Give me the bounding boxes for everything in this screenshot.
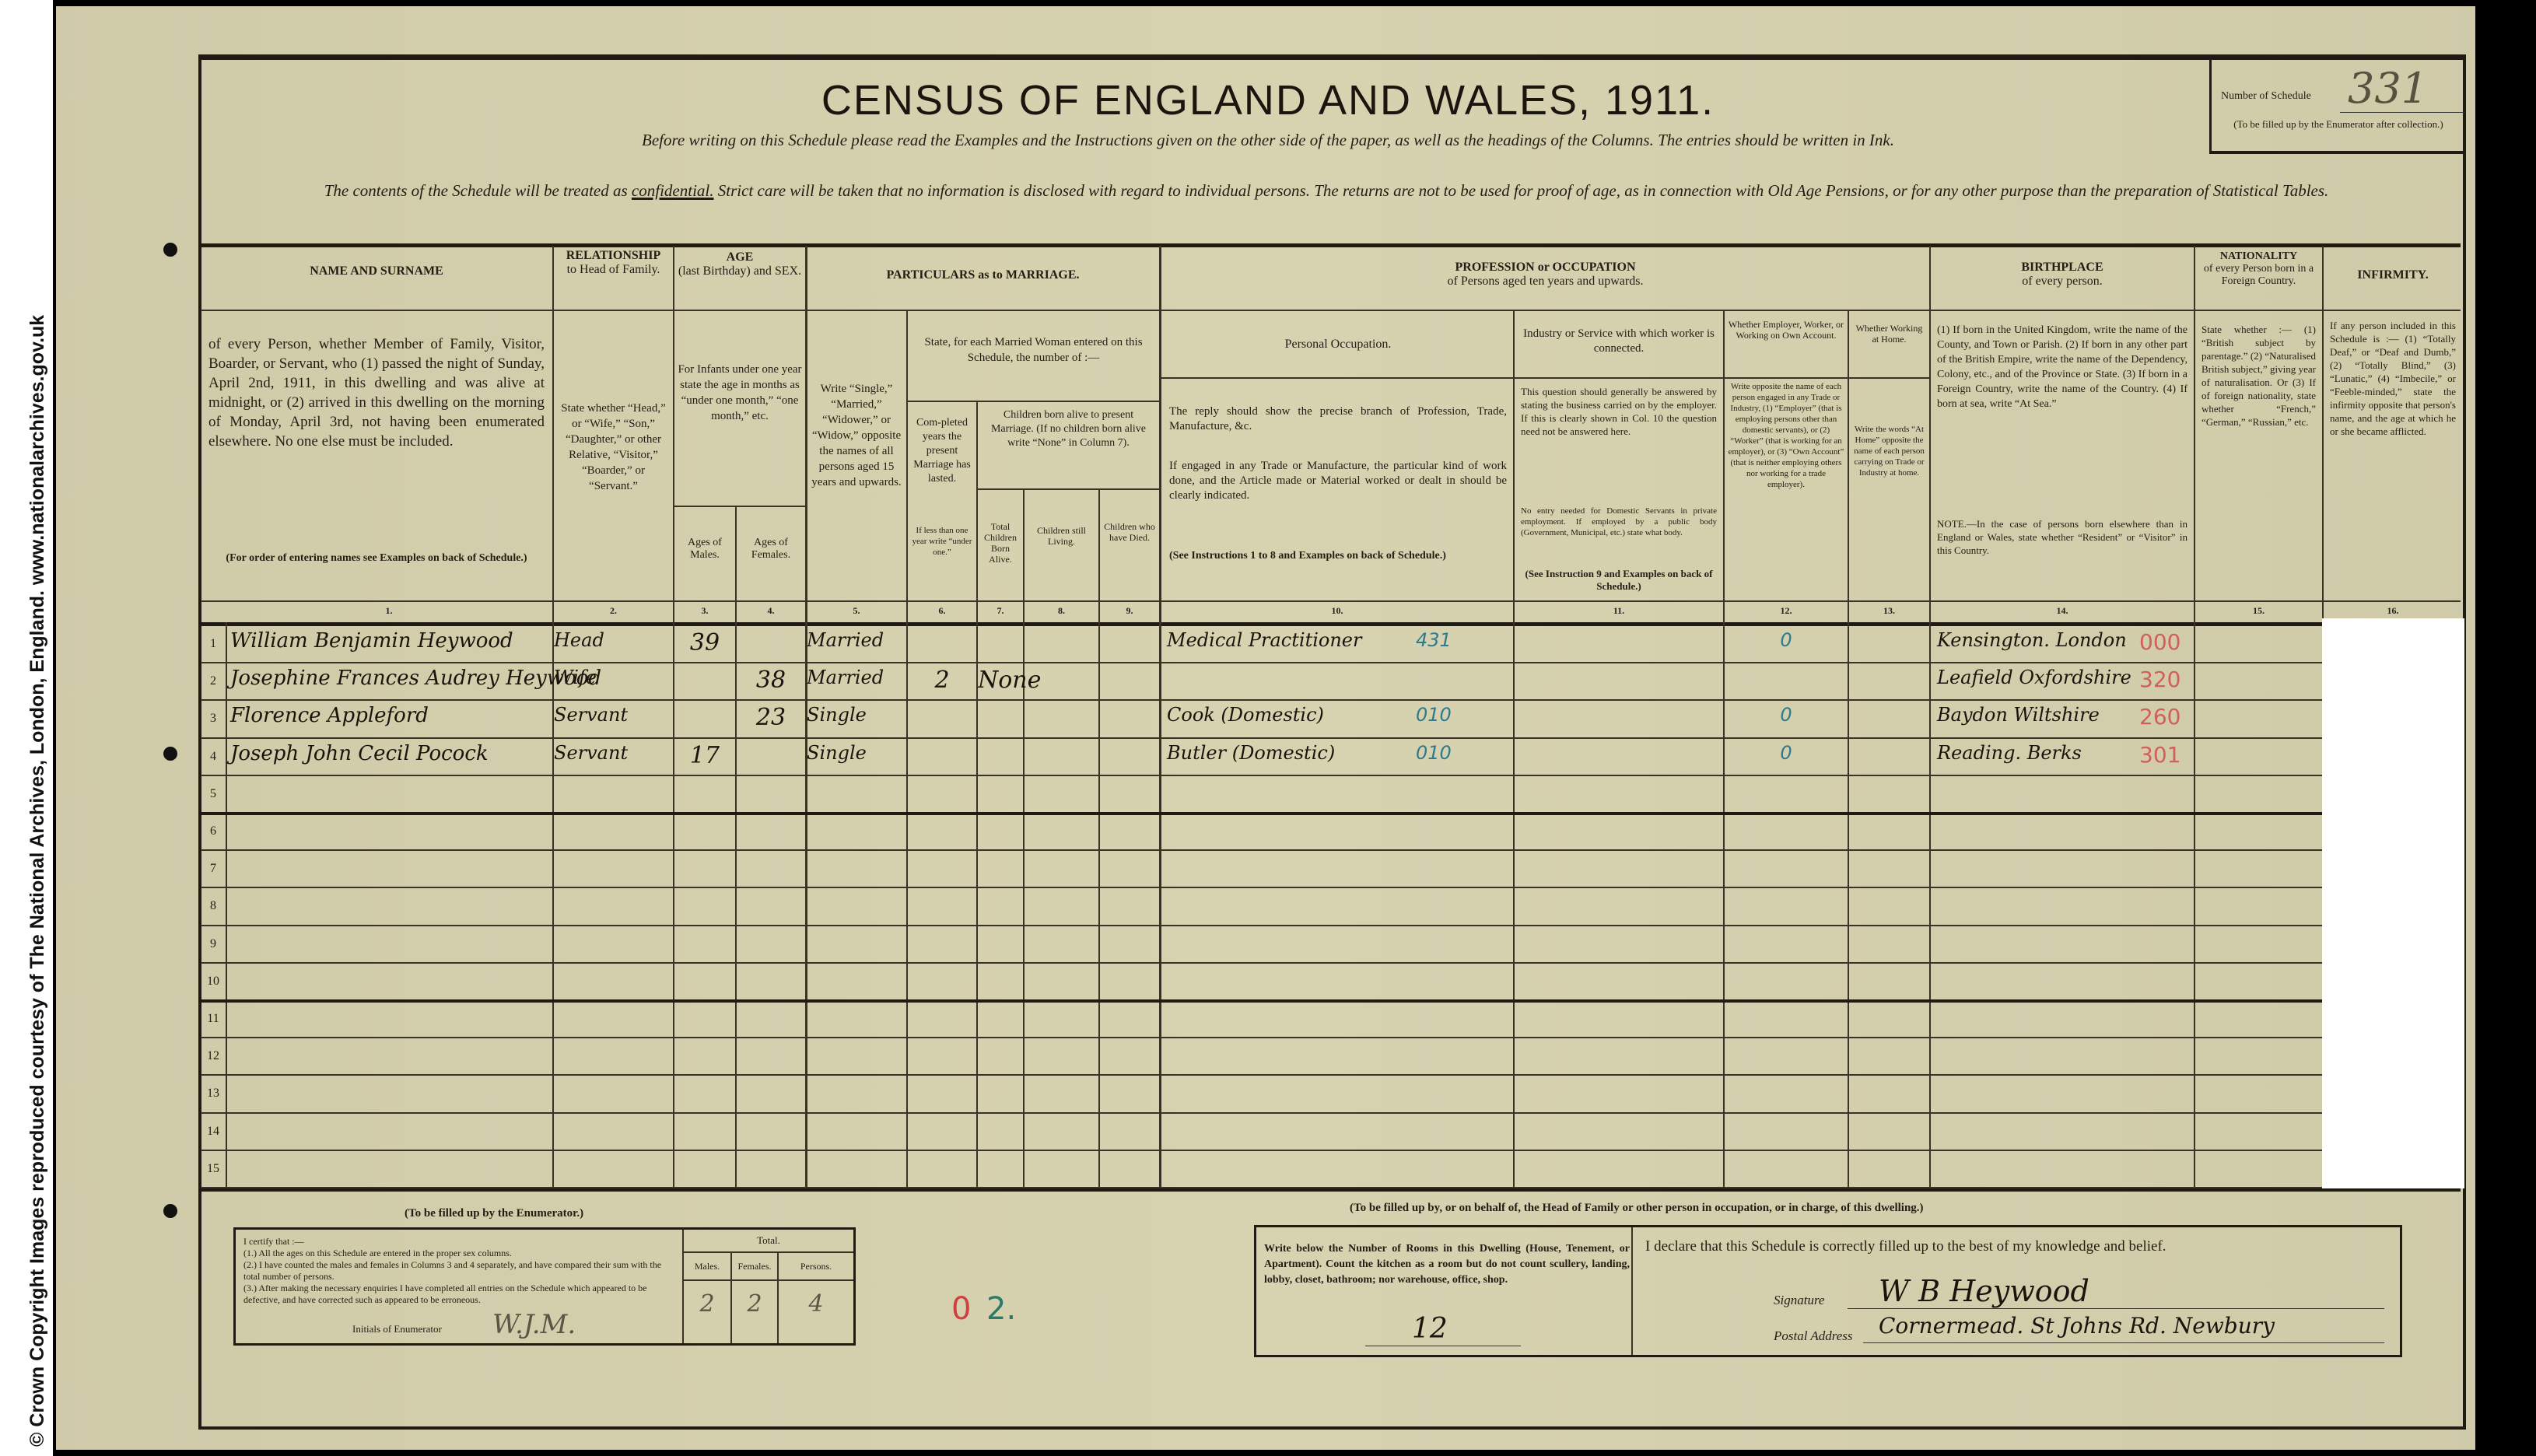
marital-status-cell[interactable]	[807, 1079, 906, 1111]
industry-cell[interactable]	[1515, 742, 1723, 775]
working-at-home-cell[interactable]	[1849, 817, 1929, 849]
years-married-cell[interactable]	[908, 817, 976, 849]
children-living-label: Children still Living.	[1025, 525, 1098, 547]
relationship-cell[interactable]	[554, 1117, 673, 1150]
age-males-cell[interactable]	[674, 929, 735, 962]
children-died-cell[interactable]	[1100, 817, 1159, 849]
nationality-cell[interactable]	[2195, 929, 2322, 962]
children-died-cell[interactable]	[1100, 1079, 1159, 1111]
working-at-home-cell[interactable]	[1849, 629, 1929, 662]
employer-status-cell[interactable]	[1725, 1117, 1848, 1150]
working-at-home-instructions: Write the words “At Home” opposite the n…	[1849, 424, 1929, 478]
signature-label: Signature	[1774, 1293, 1824, 1308]
relationship-cell[interactable]	[554, 854, 673, 887]
occupation-code[interactable]	[1416, 1004, 1509, 1037]
age-females-cell[interactable]	[737, 929, 805, 962]
age-males-cell[interactable]	[674, 1004, 735, 1037]
working-at-home-cell[interactable]	[1849, 1117, 1929, 1150]
row-rule	[201, 662, 2461, 663]
schedule-number-label: Number of Schedule	[2221, 90, 2311, 103]
occupation-cell[interactable]	[1167, 667, 1431, 699]
age-females-cell[interactable]: 23	[737, 704, 805, 737]
occupation-code[interactable]: 431	[1416, 629, 1509, 662]
children-born-cell[interactable]	[978, 967, 1023, 999]
ages-of-females-label: Ages of Females.	[737, 537, 805, 562]
marital-status-cell[interactable]	[807, 1154, 906, 1187]
children-living-cell[interactable]	[1025, 779, 1098, 812]
children-born-cell[interactable]	[978, 1154, 1023, 1187]
children-born-cell[interactable]	[978, 817, 1023, 849]
occupation-code[interactable]	[1416, 817, 1509, 849]
years-married-cell[interactable]	[908, 704, 976, 737]
industry-cell[interactable]	[1515, 1041, 1723, 1074]
working-at-home-cell[interactable]	[1849, 667, 1929, 699]
marital-status-cell[interactable]	[807, 1117, 906, 1150]
nationality-cell[interactable]	[2195, 1154, 2322, 1187]
occupation-code[interactable]	[1416, 1079, 1509, 1111]
employer-status-cell[interactable]	[1725, 667, 1848, 699]
occupation-cell[interactable]: Butler (Domestic)	[1167, 742, 1431, 775]
marital-status-cell[interactable]	[807, 1041, 906, 1074]
age-females-cell[interactable]	[737, 742, 805, 775]
name-cell[interactable]	[230, 891, 552, 924]
occupation-cell[interactable]	[1167, 1041, 1431, 1074]
employer-status-cell[interactable]: 0	[1725, 704, 1848, 737]
employer-status-cell[interactable]	[1725, 891, 1848, 924]
industry-cell[interactable]	[1515, 854, 1723, 887]
marital-status-cell[interactable]	[807, 1004, 906, 1037]
relationship-cell[interactable]	[554, 779, 673, 812]
occupation-code[interactable]	[1416, 929, 1509, 962]
children-died-cell[interactable]	[1100, 854, 1159, 887]
relationship-cell[interactable]	[554, 817, 673, 849]
industry-cell[interactable]	[1515, 817, 1723, 849]
marital-status-cell[interactable]	[807, 854, 906, 887]
children-living-cell[interactable]	[1025, 929, 1098, 962]
name-cell[interactable]: Joseph John Cecil Pocock	[230, 742, 552, 775]
column-number: 6.	[908, 605, 976, 617]
working-at-home-cell[interactable]	[1849, 1079, 1929, 1111]
relationship-cell[interactable]	[554, 1004, 673, 1037]
schedule-number-value[interactable]: 331	[2340, 65, 2464, 113]
children-died-cell[interactable]	[1100, 1117, 1159, 1150]
employer-status-cell[interactable]	[1725, 1079, 1848, 1111]
nationality-cell[interactable]	[2195, 742, 2322, 775]
row-rule	[201, 1112, 2461, 1114]
age-females-cell[interactable]	[737, 1117, 805, 1150]
personal-occupation-inst1: The reply should show the precise branch…	[1163, 404, 1513, 434]
age-males-cell[interactable]	[674, 967, 735, 999]
industry-cell[interactable]	[1515, 667, 1723, 699]
name-cell[interactable]	[230, 1041, 552, 1074]
children-living-cell[interactable]	[1025, 629, 1098, 662]
years-married-cell[interactable]	[908, 891, 976, 924]
employer-status-cell[interactable]	[1725, 1041, 1848, 1074]
age-females-cell[interactable]	[737, 1079, 805, 1111]
children-born-cell[interactable]	[978, 1079, 1023, 1111]
children-born-cell[interactable]	[978, 854, 1023, 887]
nationality-cell[interactable]	[2195, 817, 2322, 849]
occupation-cell[interactable]	[1167, 1079, 1431, 1111]
age-males-cell[interactable]: 39	[674, 629, 735, 662]
nationality-cell[interactable]	[2195, 891, 2322, 924]
children-born-cell[interactable]	[978, 742, 1023, 775]
years-married-cell[interactable]	[908, 1041, 976, 1074]
rooms-count[interactable]: 12	[1412, 1313, 1448, 1345]
children-born-cell[interactable]	[978, 1041, 1023, 1074]
children-divider	[976, 488, 1159, 490]
working-at-home-cell[interactable]	[1849, 967, 1929, 999]
relationship-cell[interactable]	[554, 1041, 673, 1074]
children-living-cell[interactable]	[1025, 817, 1098, 849]
name-note: (For order of entering names see Example…	[202, 552, 551, 565]
age-females-cell[interactable]	[737, 891, 805, 924]
children-living-cell[interactable]	[1025, 967, 1098, 999]
years-married-cell[interactable]	[908, 1079, 976, 1111]
name-cell[interactable]: William Benjamin Heywood	[230, 629, 552, 662]
occupation-code[interactable]	[1416, 1117, 1509, 1150]
children-living-cell[interactable]	[1025, 1041, 1098, 1074]
children-born-cell[interactable]	[978, 929, 1023, 962]
nationality-cell[interactable]	[2195, 1004, 2322, 1037]
nationality-instructions: State whether :— (1) “British subject by…	[2195, 323, 2322, 429]
children-living-cell[interactable]	[1025, 704, 1098, 737]
schedule-number-note: (To be filled up by the Enumerator after…	[2216, 118, 2461, 131]
age-males-cell[interactable]	[674, 817, 735, 849]
birthplace-cell[interactable]	[1937, 854, 2139, 887]
occupation-code[interactable]: 010	[1416, 704, 1509, 737]
age-females-cell[interactable]	[737, 1154, 805, 1187]
children-born-cell[interactable]	[978, 629, 1023, 662]
marital-status-cell[interactable]	[807, 929, 906, 962]
birthplace-cell[interactable]: Leafield Oxfordshire	[1937, 667, 2139, 699]
row-number: 6	[201, 824, 226, 838]
relationship-cell[interactable]	[554, 967, 673, 999]
marital-status-cell[interactable]: Single	[807, 742, 906, 775]
name-cell[interactable]	[230, 779, 552, 812]
name-instructions: of every Person, whether Member of Famil…	[202, 334, 551, 451]
column-number: 4.	[737, 605, 805, 617]
children-died-cell[interactable]	[1100, 929, 1159, 962]
marital-status-cell[interactable]: Single	[807, 704, 906, 737]
children-died-cell[interactable]	[1100, 667, 1159, 699]
nationality-cell[interactable]	[2195, 629, 2322, 662]
nationality-cell[interactable]	[2195, 1079, 2322, 1111]
relationship-cell[interactable]	[554, 929, 673, 962]
personal-occupation-inst2: If engaged in any Trade or Manufacture, …	[1163, 459, 1513, 503]
age-males-cell[interactable]	[674, 1154, 735, 1187]
relationship-cell[interactable]: Servant	[554, 742, 673, 775]
children-living-cell[interactable]	[1025, 891, 1098, 924]
column-number: 15.	[2195, 605, 2322, 617]
name-cell[interactable]: Florence Appleford	[230, 704, 552, 737]
children-died-cell[interactable]	[1100, 704, 1159, 737]
birthplace-cell[interactable]	[1937, 929, 2139, 962]
working-at-home-cell[interactable]	[1849, 1041, 1929, 1074]
children-died-cell[interactable]	[1100, 629, 1159, 662]
occupation-cell[interactable]	[1167, 891, 1431, 924]
birthplace-cell[interactable]: Kensington. London	[1937, 629, 2139, 662]
name-cell[interactable]	[230, 854, 552, 887]
marital-status-cell[interactable]: Married	[807, 629, 906, 662]
working-at-home-cell[interactable]	[1849, 891, 1929, 924]
females-total[interactable]: 2	[732, 1290, 777, 1318]
age-males-cell[interactable]	[674, 891, 735, 924]
years-married-cell[interactable]	[908, 629, 976, 662]
colnum-divider	[201, 622, 2461, 626]
name-cell[interactable]: Josephine Frances Audrey Heywood	[230, 667, 552, 699]
children-living-cell[interactable]	[1025, 1004, 1098, 1037]
industry-cell[interactable]	[1515, 1117, 1723, 1150]
relationship-cell[interactable]: Head	[554, 629, 673, 662]
years-married-cell[interactable]	[908, 779, 976, 812]
years-married-cell[interactable]	[908, 1154, 976, 1187]
occupation-cell[interactable]	[1167, 779, 1431, 812]
employer-status-cell[interactable]	[1725, 967, 1848, 999]
industry-cell[interactable]	[1515, 929, 1723, 962]
relationship-cell[interactable]: Wife	[554, 667, 673, 699]
working-at-home-cell[interactable]	[1849, 704, 1929, 737]
age-males-cell[interactable]	[674, 704, 735, 737]
nationality-cell[interactable]	[2195, 1117, 2322, 1150]
age-females-cell[interactable]	[737, 779, 805, 812]
industry-cell[interactable]	[1515, 967, 1723, 999]
birthplace-cell[interactable]	[1937, 1117, 2139, 1150]
ages-of-males-label: Ages of Males.	[674, 537, 735, 562]
name-cell[interactable]	[230, 967, 552, 999]
age-males-cell[interactable]	[674, 667, 735, 699]
householder-heading: (To be filled up by, or on behalf of, th…	[1350, 1202, 1924, 1215]
nationality-cell[interactable]	[2195, 779, 2322, 812]
working-at-home-cell[interactable]	[1849, 1004, 1929, 1037]
row-rule	[201, 925, 2461, 926]
industry-instructions-2: No entry needed for Domestic Servants in…	[1515, 506, 1723, 538]
industry-cell[interactable]	[1515, 704, 1723, 737]
years-married-label: Com-pleted years the present Marriage ha…	[908, 416, 976, 486]
occupation-code[interactable]	[1416, 891, 1509, 924]
relationship-cell[interactable]	[554, 891, 673, 924]
children-died-cell[interactable]	[1100, 1041, 1159, 1074]
birthplace-note: NOTE.—In the case of persons born elsewh…	[1931, 517, 2194, 557]
instructions-divider	[201, 600, 2461, 602]
working-at-home-cell[interactable]	[1849, 779, 1929, 812]
persons-total[interactable]: 4	[779, 1290, 853, 1318]
signature-value[interactable]: W B Heywood	[1879, 1274, 2089, 1308]
column-number: 2.	[554, 605, 673, 617]
name-cell[interactable]	[230, 1154, 552, 1187]
box-divider	[684, 1279, 853, 1281]
occupation-cell[interactable]	[1167, 1004, 1431, 1037]
industry-cell[interactable]	[1515, 891, 1723, 924]
children-born-cell[interactable]	[978, 891, 1023, 924]
header-infirmity: INFIRMITY.	[2324, 268, 2462, 282]
occupation-cell[interactable]	[1167, 967, 1431, 999]
employer-status-cell[interactable]	[1725, 1004, 1848, 1037]
birthplace-cell[interactable]	[1937, 1154, 2139, 1187]
punch-hole-icon	[163, 747, 177, 761]
birthplace-cell[interactable]	[1937, 1004, 2139, 1037]
children-living-cell[interactable]	[1025, 667, 1098, 699]
age-females-cell[interactable]	[737, 967, 805, 999]
relationship-cell[interactable]: Servant	[554, 704, 673, 737]
age-females-cell[interactable]	[737, 1004, 805, 1037]
working-at-home-cell[interactable]	[1849, 854, 1929, 887]
nationality-cell[interactable]	[2195, 1041, 2322, 1074]
children-living-cell[interactable]	[1025, 1117, 1098, 1150]
nationality-cell[interactable]	[2195, 704, 2322, 737]
birthplace-cell[interactable]	[1937, 1079, 2139, 1111]
age-females-cell[interactable]	[737, 817, 805, 849]
working-at-home-cell[interactable]	[1849, 929, 1929, 962]
header-birthplace: BIRTHPLACE of every person.	[1931, 261, 2194, 289]
birthplace-cell[interactable]: Baydon Wiltshire	[1937, 704, 2139, 737]
marital-status-cell[interactable]	[807, 891, 906, 924]
industry-cell[interactable]	[1515, 779, 1723, 812]
children-born-cell[interactable]	[978, 704, 1023, 737]
occupation-code[interactable]	[1416, 1041, 1509, 1074]
row-rule	[201, 775, 2461, 776]
females-label: Females.	[732, 1261, 777, 1272]
name-cell[interactable]	[230, 929, 552, 962]
children-living-cell[interactable]	[1025, 1079, 1098, 1111]
relationship-cell[interactable]	[554, 1154, 673, 1187]
years-married-cell[interactable]	[908, 742, 976, 775]
occupation-cell[interactable]	[1167, 929, 1431, 962]
birthplace-cell[interactable]	[1937, 779, 2139, 812]
children-born-cell[interactable]	[978, 1004, 1023, 1037]
age-males-cell[interactable]	[674, 1117, 735, 1150]
age-females-cell[interactable]	[737, 629, 805, 662]
occupation-sub-divider	[1161, 377, 1723, 379]
name-cell[interactable]	[230, 1004, 552, 1037]
years-married-cell[interactable]	[908, 1117, 976, 1150]
schedule-number-box: Number of Schedule 331 (To be filled up …	[2209, 54, 2463, 154]
row-number: 2	[201, 674, 226, 688]
row-rule	[201, 737, 2461, 739]
occupation-code[interactable]	[1416, 854, 1509, 887]
employer-status-cell[interactable]	[1725, 1154, 1848, 1187]
industry-cell[interactable]	[1515, 629, 1723, 662]
children-died-cell[interactable]	[1100, 1004, 1159, 1037]
relationship-cell[interactable]	[554, 1079, 673, 1111]
children-died-cell[interactable]	[1100, 742, 1159, 775]
children-living-cell[interactable]	[1025, 1154, 1098, 1187]
nationality-cell[interactable]	[2195, 667, 2322, 699]
name-cell[interactable]	[230, 1117, 552, 1150]
occupation-code[interactable]	[1416, 967, 1509, 999]
birthplace-cell[interactable]: Reading. Berks	[1937, 742, 2139, 775]
age-females-cell[interactable]	[737, 854, 805, 887]
age-females-cell[interactable]: 38	[737, 667, 805, 699]
birthplace-cell[interactable]	[1937, 1041, 2139, 1074]
children-died-cell[interactable]	[1100, 967, 1159, 999]
nationality-cell[interactable]	[2195, 967, 2322, 999]
total-label: Total.	[684, 1234, 853, 1247]
years-married-cell[interactable]	[908, 854, 976, 887]
occupation-cell[interactable]	[1167, 854, 1431, 887]
personal-occupation-label: Personal Occupation.	[1163, 338, 1513, 351]
years-married-cell[interactable]	[908, 967, 976, 999]
birthplace-cell[interactable]	[1937, 967, 2139, 999]
working-at-home-cell[interactable]	[1849, 742, 1929, 775]
occupation-code[interactable]	[1416, 1154, 1509, 1187]
birthplace-cell[interactable]	[1937, 817, 2139, 849]
age-males-cell[interactable]	[674, 1079, 735, 1111]
header-relationship: RELATIONSHIP to Head of Family.	[554, 249, 673, 277]
occupation-cell[interactable]	[1167, 1154, 1431, 1187]
employer-status-cell[interactable]	[1725, 929, 1848, 962]
row-number: 9	[201, 937, 226, 951]
employer-status-cell[interactable]: 0	[1725, 629, 1848, 662]
occupation-code[interactable]	[1416, 667, 1509, 699]
birthplace-cell[interactable]	[1937, 891, 2139, 924]
children-born-cell[interactable]	[978, 1117, 1023, 1150]
occupation-cell[interactable]	[1167, 1117, 1431, 1150]
column-number: 3.	[674, 605, 735, 617]
column-number: 7.	[978, 605, 1023, 617]
age-instructions: For Infants under one year state the age…	[674, 362, 805, 424]
row-number: 1	[201, 637, 226, 651]
children-died-cell[interactable]	[1100, 1154, 1159, 1187]
years-married-cell[interactable]: 2	[908, 667, 976, 699]
age-males-cell[interactable]	[674, 1041, 735, 1074]
occupation-cell[interactable]: Medical Practitioner	[1167, 629, 1431, 662]
industry-cell[interactable]	[1515, 1004, 1723, 1037]
age-males-cell[interactable]	[674, 779, 735, 812]
age-males-cell[interactable]: 17	[674, 742, 735, 775]
children-born-cell[interactable]: None	[978, 667, 1023, 699]
row-number: 14	[201, 1125, 226, 1139]
occupation-cell[interactable]: Cook (Domestic)	[1167, 704, 1431, 737]
children-died-cell[interactable]	[1100, 779, 1159, 812]
children-living-cell[interactable]	[1025, 854, 1098, 887]
row-rule	[201, 999, 2461, 1003]
working-at-home-cell[interactable]	[1849, 1154, 1929, 1187]
occupation-code[interactable]: 010	[1416, 742, 1509, 775]
males-label: Males.	[684, 1261, 730, 1272]
age-males-cell[interactable]	[674, 854, 735, 887]
employer-status-cell[interactable]: 0	[1725, 742, 1848, 775]
row-number: 8	[201, 899, 226, 913]
marital-status-cell[interactable]	[807, 967, 906, 999]
children-died-cell[interactable]	[1100, 891, 1159, 924]
children-living-cell[interactable]	[1025, 742, 1098, 775]
age-females-cell[interactable]	[737, 1041, 805, 1074]
years-married-cell[interactable]	[908, 1004, 976, 1037]
column-number: 13.	[1849, 605, 1929, 617]
name-cell[interactable]	[230, 1079, 552, 1111]
nationality-cell[interactable]	[2195, 854, 2322, 887]
name-cell[interactable]	[230, 817, 552, 849]
red-mark: 0	[951, 1291, 971, 1327]
industry-cell[interactable]	[1515, 1079, 1723, 1111]
marital-status-cell[interactable]: Married	[807, 667, 906, 699]
postal-address-value[interactable]: Cornermead. St Johns Rd. Newbury	[1879, 1313, 2275, 1339]
marital-status-cell[interactable]	[807, 817, 906, 849]
employer-status-cell[interactable]	[1725, 779, 1848, 812]
occupation-cell[interactable]	[1167, 817, 1431, 849]
years-married-cell[interactable]	[908, 929, 976, 962]
marital-status-cell[interactable]	[807, 779, 906, 812]
personal-occupation-note: (See Instructions 1 to 8 and Examples on…	[1163, 548, 1513, 564]
children-born-cell[interactable]	[978, 779, 1023, 812]
industry-cell[interactable]	[1515, 1154, 1723, 1187]
employer-status-cell[interactable]	[1725, 817, 1848, 849]
enumerator-initials[interactable]: W.J.M.	[492, 1309, 576, 1340]
males-total[interactable]: 2	[684, 1290, 730, 1318]
employer-status-cell[interactable]	[1725, 854, 1848, 887]
occupation-code[interactable]	[1416, 779, 1509, 812]
